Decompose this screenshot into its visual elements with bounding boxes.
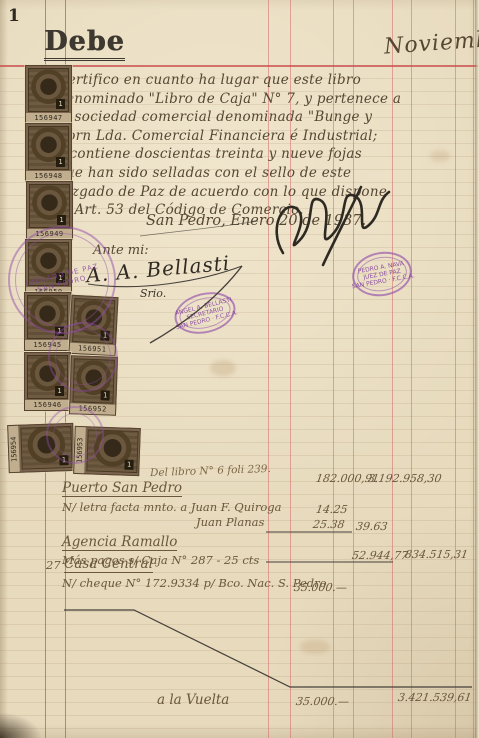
seal-text: JUEZ DE PAZ: [363, 267, 401, 280]
entry-amount: 52.944,77: [351, 549, 409, 562]
footer-amount-col1: 35.000.—: [295, 695, 350, 708]
stamp-coat-of-arms: 1: [28, 126, 69, 170]
court-round-seal: JUZGADO DE PAZ SAN PEDRO: [8, 226, 116, 334]
court-round-seal-small: [48, 322, 118, 392]
revenue-stamp: 1 156947: [25, 65, 72, 124]
certification-line: la sociedad comercial denominada "Bunge …: [57, 108, 477, 127]
seal-text: SECRETARIO: [186, 305, 224, 321]
footer-amount-col2: 3.421.539,61: [397, 691, 472, 704]
entry-amount: 35.000.—: [293, 581, 348, 594]
ledger-page-scan: 1 Debe Noviembre Certifico en cuanto ha …: [0, 0, 479, 738]
entry-detail: N/ cheque N° 172.9334 p/ Bco. Nac. S. Pe…: [62, 576, 327, 590]
stamp-serial-number: 156948: [26, 171, 71, 181]
stamp-serial-number: 156954: [8, 426, 20, 472]
entry-title: Agencia Ramallo: [62, 534, 177, 551]
certification-line: denominado "Libro de Caja" N° 7, y perte…: [57, 90, 477, 109]
page-number: 1: [8, 6, 20, 26]
month-heading: Noviembre: [383, 25, 479, 59]
certification-line: que han sido selladas con el sello de es…: [57, 164, 477, 183]
entry-day: 27: [46, 558, 61, 572]
entry-title: Casa Central: [64, 556, 153, 573]
stamp-denomination: 1: [56, 99, 65, 109]
entry-detail: N/ letra facta mnto. a Juan F. Quiroga: [62, 500, 281, 514]
stamp-denomination: 1: [56, 157, 65, 167]
entry-subtotal: 39.63: [355, 520, 388, 533]
stamp-coat-of-arms: 1: [28, 68, 69, 112]
entry-detail: Juan Planas: [196, 515, 264, 529]
paper-stain: [210, 360, 236, 376]
entry-amount: 14.25: [315, 503, 348, 516]
certification-line: y contiene doscientas treinta y nueve fo…: [57, 145, 477, 164]
debit-column-heading: Debe: [44, 26, 125, 61]
certification-line: Born Lda. Comercial Financiera é Industr…: [57, 127, 477, 146]
stamp-denomination: 1: [57, 215, 66, 225]
paper-stain: [300, 640, 330, 654]
corner-shadow: [0, 712, 42, 738]
certification-line: Certifico en cuanto ha lugar que este li…: [57, 71, 477, 90]
seal-text: PEDRO A. NAVA: [357, 260, 404, 275]
secretary-title: Srio.: [140, 287, 166, 300]
entry-title: Puerto San Pedro: [62, 480, 182, 497]
stamp-serial-number: 156947: [26, 113, 71, 123]
stamp-denomination: 1: [55, 386, 64, 396]
stamp-denomination: 1: [124, 460, 133, 470]
carry-amount-col2: 3.192.958,30: [367, 472, 442, 485]
stamp-coat-of-arms: 1: [29, 184, 70, 228]
court-round-seal-small: [46, 406, 104, 464]
entry-amount: 25.38: [312, 518, 345, 531]
revenue-stamp: 1 156948: [25, 123, 72, 182]
entry-amount: 834.515,31: [404, 548, 469, 561]
stamp-denomination: 1: [100, 390, 109, 400]
carry-over-label: a la Vuelta: [157, 692, 229, 708]
